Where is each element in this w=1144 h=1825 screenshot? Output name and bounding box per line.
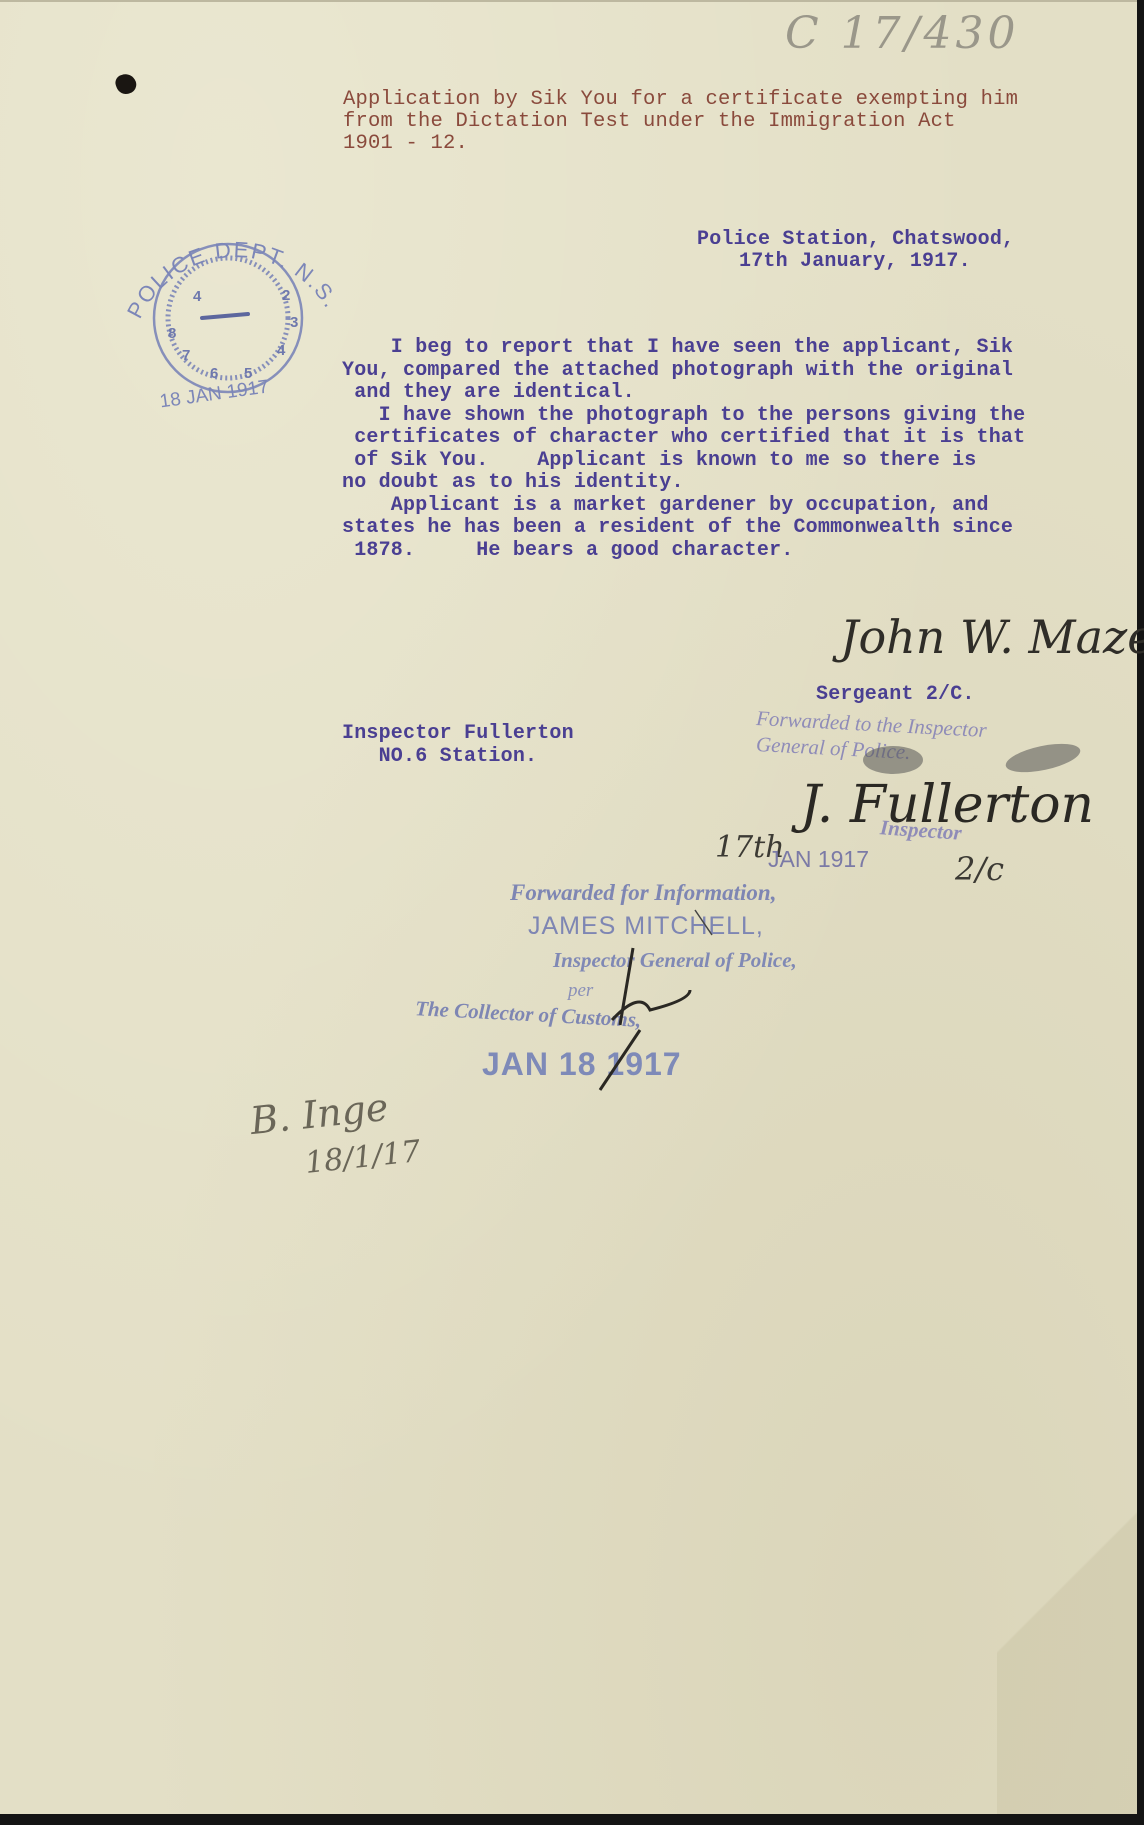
handwritten-initial-strokes	[0, 0, 1144, 1825]
document-page: C 17/430 Application by Sik You for a ce…	[0, 0, 1137, 1814]
